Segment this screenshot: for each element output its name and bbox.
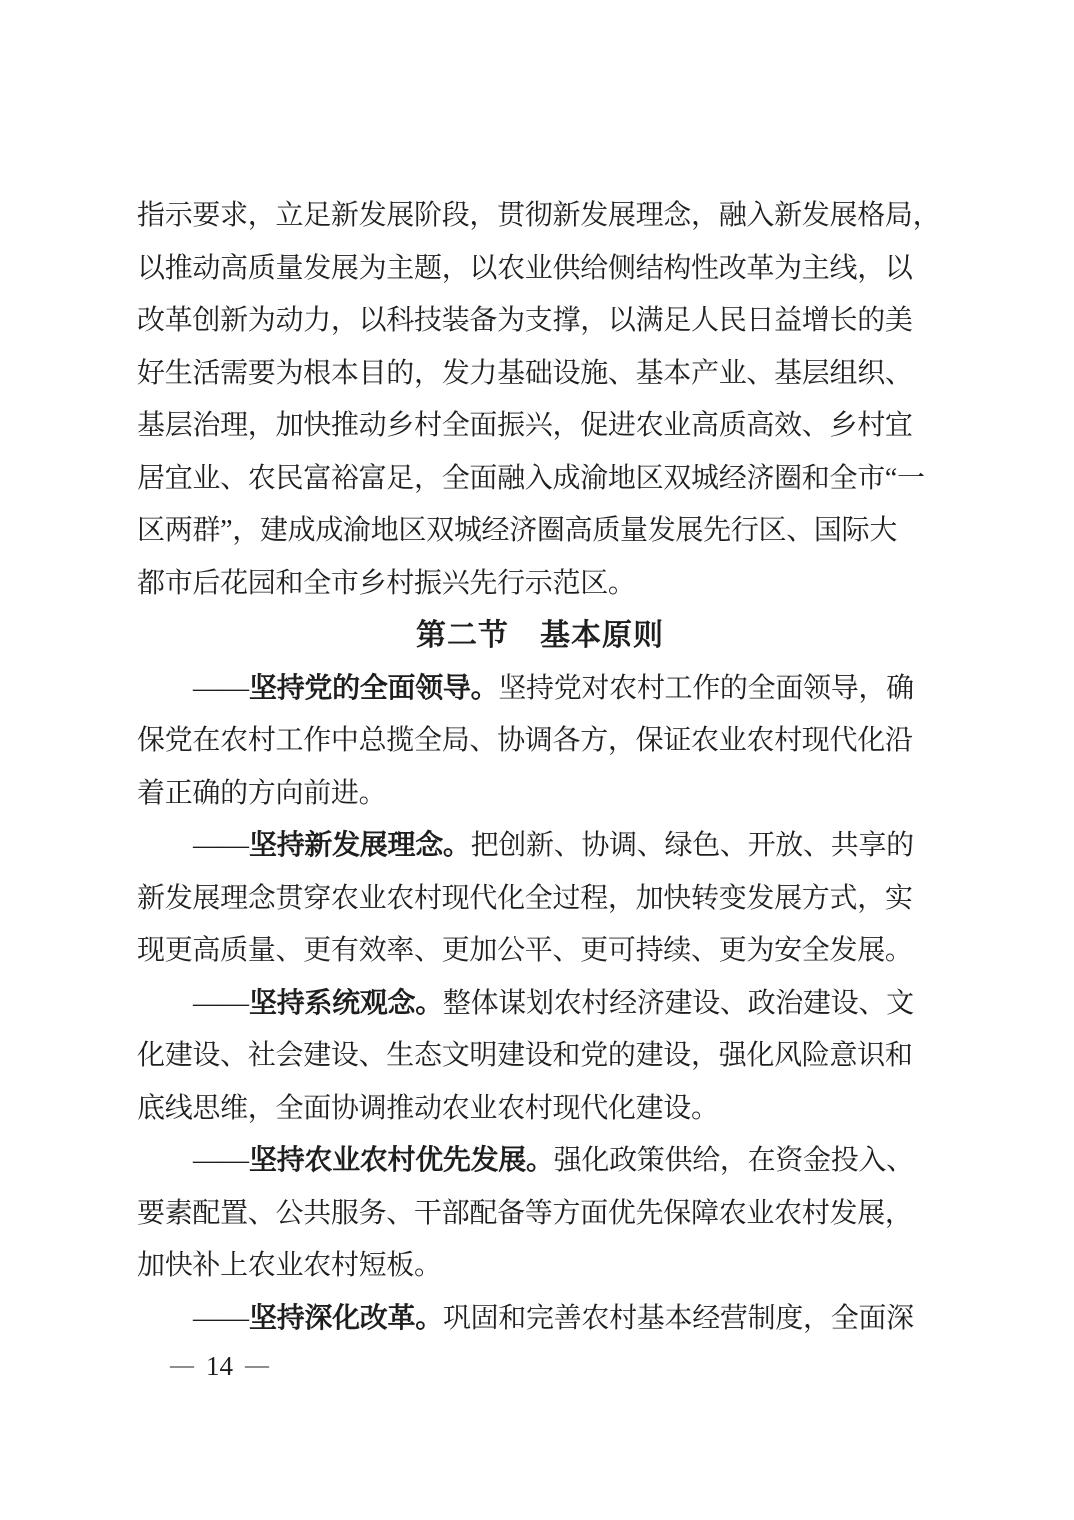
text-line: 基层治理，加快推动乡村全面振兴，促进农业高质高效、乡村宜 [137, 400, 943, 453]
principle-lead: 坚持系统观念。 [249, 988, 443, 1019]
text-line: 指示要求，立足新发展阶段，贯彻新发展理念，融入新发展格局， [137, 190, 943, 243]
em-dash: —— [193, 830, 249, 861]
footer-left-dash: — [170, 1353, 194, 1379]
text-line: ——坚持深化改革。巩固和完善农村基本经营制度，全面深 [137, 1293, 943, 1346]
text-line: ——坚持新发展理念。把创新、协调、绿色、开放、共享的 [137, 820, 943, 873]
text-line: ——坚持系统观念。整体谋划农村经济建设、政治建设、文 [137, 978, 943, 1031]
text-line: ——坚持党的全面领导。坚持党对农村工作的全面领导，确 [137, 663, 943, 716]
text-line: ——坚持农业农村优先发展。强化政策供给，在资金投入、 [137, 1135, 943, 1188]
text-line: 加快补上农业农村短板。 [137, 1240, 943, 1293]
text-line: 以推动高质量发展为主题，以农业供给侧结构性改革为主线，以 [137, 243, 943, 296]
text-line: 保党在农村工作中总揽全局、协调各方，保证农业农村现代化沿 [137, 715, 943, 768]
text-line: 好生活需要为根本目的，发力基础设施、基本产业、基层组织、 [137, 348, 943, 401]
text-line: 底线思维，全面协调推动农业农村现代化建设。 [137, 1083, 943, 1136]
principle-lead: 坚持新发展理念。 [249, 830, 471, 861]
principle-lead: 坚持党的全面领导。 [249, 673, 498, 704]
principles-list: ——坚持党的全面领导。坚持党对农村工作的全面领导，确保党在农村工作中总揽全局、协… [137, 663, 943, 1346]
em-dash: —— [193, 1145, 249, 1176]
section-heading: 第二节 基本原则 [137, 610, 943, 663]
line-text: 巩固和完善农村基本经营制度，全面深 [443, 1303, 914, 1334]
line-text: 坚持党对农村工作的全面领导，确 [498, 673, 914, 704]
line-text: 把创新、协调、绿色、开放、共享的 [471, 830, 914, 861]
text-line: 着正确的方向前进。 [137, 768, 943, 821]
text-line: 新发展理念贯穿农业农村现代化全过程，加快转变发展方式，实 [137, 873, 943, 926]
text-block: 指示要求，立足新发展阶段，贯彻新发展理念，融入新发展格局，以推动高质量发展为主题… [137, 190, 943, 1345]
text-line: 居宜业、农民富裕富足，全面融入成渝地区双城经济圈和全市“一 [137, 453, 943, 506]
em-dash: —— [193, 1303, 249, 1334]
continuation-paragraph: 指示要求，立足新发展阶段，贯彻新发展理念，融入新发展格局，以推动高质量发展为主题… [137, 190, 943, 610]
page-footer: — 14 — [170, 1350, 281, 1382]
line-text: 整体谋划农村经济建设、政治建设、文 [443, 988, 914, 1019]
text-line: 现更高质量、更有效率、更加公平、更可持续、更为安全发展。 [137, 925, 943, 978]
line-text: 强化政策供给，在资金投入、 [554, 1145, 914, 1176]
text-line: 化建设、社会建设、生态文明建设和党的建设，强化风险意识和 [137, 1030, 943, 1083]
principle-lead: 坚持农业农村优先发展。 [249, 1145, 554, 1176]
text-line: 改革创新为动力，以科技装备为支撑，以满足人民日益增长的美 [137, 295, 943, 348]
footer-right-dash: — [245, 1353, 269, 1379]
document-page: 指示要求，立足新发展阶段，贯彻新发展理念，融入新发展格局，以推动高质量发展为主题… [0, 0, 1074, 1520]
text-line: 要素配置、公共服务、干部配备等方面优先保障农业农村发展， [137, 1188, 943, 1241]
em-dash: —— [193, 673, 249, 704]
text-line: 都市后花园和全市乡村振兴先行示范区。 [137, 558, 943, 611]
em-dash: —— [193, 988, 249, 1019]
principle-lead: 坚持深化改革。 [249, 1303, 443, 1334]
page-number: 14 [206, 1350, 233, 1382]
text-line: 区两群”，建成成渝地区双城经济圈高质量发展先行区、国际大 [137, 505, 943, 558]
